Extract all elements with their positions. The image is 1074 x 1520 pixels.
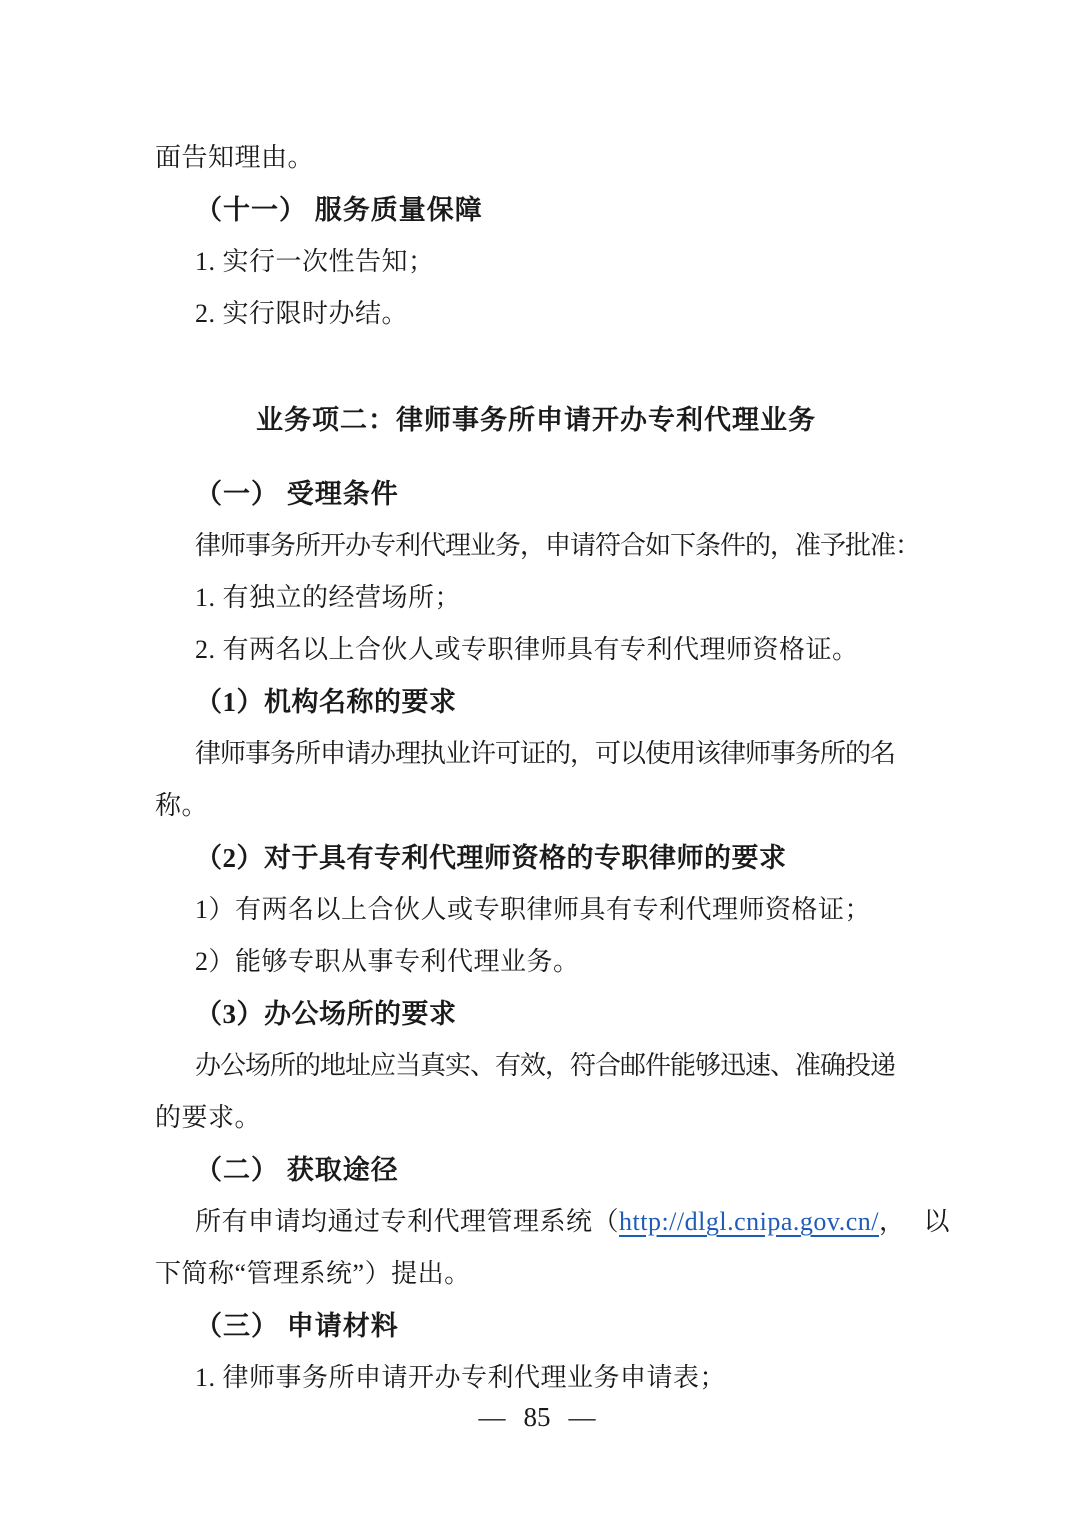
document-page: 面告知理由。 （十一） 服务质量保障 1. 实行一次性告知； 2. 实行限时办结…: [0, 0, 1074, 1520]
page-footer: —85—: [0, 1394, 1074, 1440]
page-number: 85: [524, 1402, 551, 1432]
paragraph-institution-name-line2: 称。: [155, 780, 917, 832]
list-item-two-qualified-partners: 2. 有两名以上合伙人或专职律师具有专利代理师资格证。: [155, 624, 917, 676]
continuation-paragraph-line: 面告知理由。: [155, 132, 917, 184]
heading-application-materials: （三） 申请材料: [155, 1300, 917, 1352]
management-system-hyperlink[interactable]: http://dlgl.cnipa.gov.cn/: [619, 1207, 879, 1236]
obtaining-line1-tail-char: 以: [923, 1207, 950, 1236]
paragraph-acceptance-intro: 律师事务所开办专利代理业务，申请符合如下条件的，准予批准：: [155, 520, 917, 572]
heading-institution-name-requirement: （1）机构名称的要求: [155, 676, 917, 728]
list-item-independent-premises: 1. 有独立的经营场所；: [155, 572, 917, 624]
paragraph-institution-name-line1: 律师事务所申请办理执业许可证的，可以使用该律师事务所的名: [155, 728, 917, 780]
footer-right-dash: —: [569, 1402, 596, 1432]
list-item-time-limited-completion: 2. 实行限时办结。: [155, 288, 917, 340]
list-item-one-time-notification: 1. 实行一次性告知；: [155, 236, 917, 288]
heading-obtaining-channel: （二） 获取途径: [155, 1144, 917, 1196]
heading-acceptance-conditions: （一） 受理条件: [155, 468, 917, 520]
paragraph-obtaining-line1: 所有申请均通过专利代理管理系统（http://dlgl.cnipa.gov.cn…: [155, 1196, 917, 1248]
section-title-business-item-two: 业务项二：律师事务所申请开办专利代理业务: [155, 398, 917, 442]
heading-service-quality-guarantee: （十一） 服务质量保障: [155, 184, 917, 236]
obtaining-line1-pre-text: 所有申请均通过专利代理管理系统（: [195, 1207, 619, 1236]
list-item-qualified-partners-cert: 1）有两名以上合伙人或专职律师具有专利代理师资格证；: [155, 884, 917, 936]
paragraph-office-premises-line2: 的要求。: [155, 1092, 917, 1144]
list-item-fulltime-patent-agency: 2）能够专职从事专利代理业务。: [155, 936, 917, 988]
paragraph-obtaining-line2: 下简称“管理系统”）提出。: [155, 1248, 917, 1300]
obtaining-line1-post-comma: ，: [879, 1207, 906, 1236]
paragraph-office-premises-line1: 办公场所的地址应当真实、有效，符合邮件能够迅速、准确投递: [155, 1040, 917, 1092]
footer-left-dash: —: [479, 1402, 506, 1432]
page-body: 面告知理由。 （十一） 服务质量保障 1. 实行一次性告知； 2. 实行限时办结…: [155, 132, 917, 1404]
heading-office-premises-requirement: （3）办公场所的要求: [155, 988, 917, 1040]
heading-qualified-lawyer-requirement: （2）对于具有专利代理师资格的专职律师的要求: [155, 832, 917, 884]
